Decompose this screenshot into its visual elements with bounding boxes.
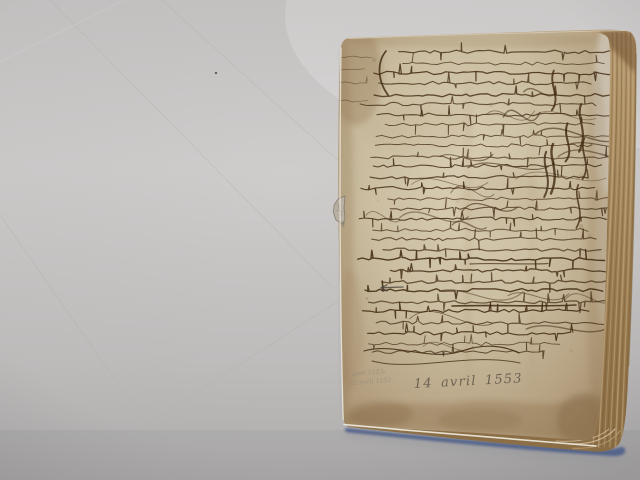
- foxing-speck: [570, 349, 573, 352]
- underline-stroke: [470, 264, 548, 265]
- bottom-stain-blob: [438, 409, 522, 431]
- foxing-speck: [377, 200, 379, 202]
- foxing-speck: [579, 224, 584, 229]
- foxing-speck: [372, 58, 376, 62]
- foxing-speck: [382, 340, 383, 341]
- photo-scene: 14 avril 1553 avril 1553 22 avril 1553: [0, 0, 640, 480]
- manuscript-photo: 14 avril 1553 avril 1553 22 avril 1553: [0, 0, 640, 480]
- foxing-speck: [366, 297, 369, 300]
- faint-mottling: [368, 104, 472, 156]
- bottom-stain-blob: [348, 401, 412, 427]
- underline-stroke: [452, 305, 576, 306]
- foxing-speck: [370, 354, 372, 356]
